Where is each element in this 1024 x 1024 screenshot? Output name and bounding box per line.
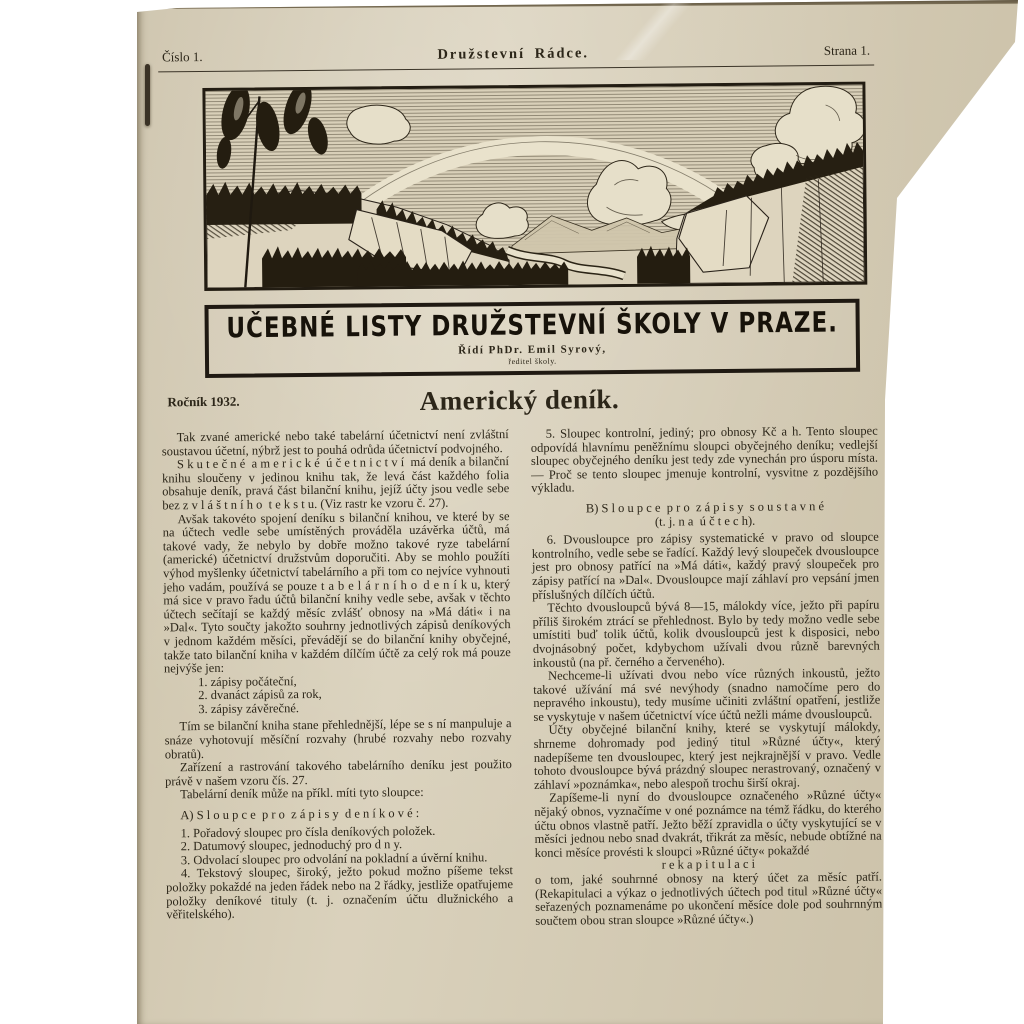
masthead: Družstevní Rádce.: [437, 45, 589, 63]
paragraph: Účty obyčejné bilanční knihy, které se v…: [534, 721, 882, 792]
screenshot-root: { "colors": { "paper": "#d7ceb7", "ink":…: [0, 0, 1024, 1024]
landscape-rainbow-engraving-icon: [205, 85, 864, 288]
printed-content: Číslo 1. Družstevní Rádce. Strana 1.: [158, 43, 882, 932]
volume-label: Ročník 1932.: [167, 394, 239, 411]
left-column: Tak zvané americké nebo také tabelární ú…: [162, 428, 514, 932]
article-body: Tak zvané americké nebo také tabelární ú…: [162, 425, 883, 932]
paragraph: 6. Dvousloupce pro zápisy systematické v…: [532, 531, 880, 602]
paragraph: (t. j. n a ú č t e c h).: [532, 513, 879, 530]
running-header: Číslo 1. Družstevní Rádce. Strana 1.: [158, 43, 874, 67]
paragraph: Nechceme-li užívati dvou nebo více různý…: [533, 667, 881, 725]
paragraph: A) S l o u p c e p r o z á p i s y d e n…: [165, 806, 512, 823]
page-number: Strana 1.: [824, 43, 870, 59]
woodcut-illustration: [202, 82, 867, 291]
paragraph: S k u t e č n é a m e r i c k é ú č e t …: [162, 455, 510, 513]
article-title: Americký deník.: [161, 382, 877, 420]
paragraph: Těchto dvousloupců bývá 8—15, málokdy ví…: [532, 599, 880, 670]
header-rule: [158, 65, 874, 73]
school-banner: UČEBNÉ LISTY DRUŽSTEVNÍ ŠKOLY V PRAZE. Ř…: [204, 299, 860, 378]
issue-number: Číslo 1.: [162, 49, 203, 65]
paragraph: Zapíšeme-li nyní do dvousloupce označené…: [534, 789, 882, 860]
paragraph: Tím se bilanční kniha stane přehlednější…: [164, 718, 511, 762]
paragraph: o tom, jaké souhrnné obnosy na který úče…: [535, 871, 883, 929]
paragraph: 5. Sloupec kontrolní, jediný; pro obnosy…: [531, 425, 879, 496]
staple-mark: [145, 64, 150, 126]
paragraph: 3. zápisy závěrečné.: [164, 700, 511, 717]
paragraph: Tabelární deník může na příkl. míti tyto…: [165, 786, 512, 803]
paragraph: Zařízení a rastrování takového tabelární…: [165, 758, 512, 789]
newspaper-page: Číslo 1. Družstevní Rádce. Strana 1.: [137, 0, 1024, 1024]
paragraph: Avšak takovéto spojení deníku s bilanční…: [162, 510, 511, 676]
right-column: 5. Sloupec kontrolní, jediný; pro obnosy…: [531, 425, 883, 929]
article-header: Ročník 1932. Americký deník.: [161, 382, 877, 425]
paragraph: 4. Tekstový sloupec, široký, ježto pokud…: [166, 864, 514, 922]
banner-title: UČEBNÉ LISTY DRUŽSTEVNÍ ŠKOLY V PRAZE.: [209, 307, 856, 345]
